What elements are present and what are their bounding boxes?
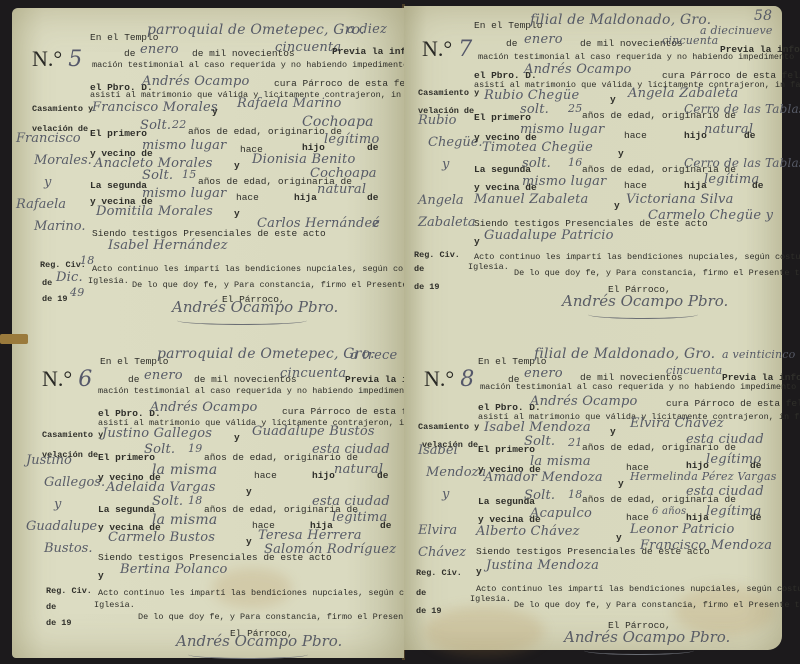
groom-status: solt. [520,102,549,117]
groom-origin: Cerro de las Tablas [684,102,800,116]
right-page: 58 N.°7 En el Templo filial de Maldonado… [404,6,782,650]
acto-text: Acto continuo les impartí las bendicione… [476,584,800,594]
bride-residence: la misma [152,512,217,528]
hace-label: hace [236,192,259,203]
entry-8: N.°8 En el Templo filial de Maldonado, G… [404,336,782,661]
margin-line: Francisco [16,128,92,150]
bride-name: Angela Zabaleta [628,86,739,101]
groom-name: Justino Gallegos [102,426,212,441]
bride-parent-2: Teresa Herrera [258,528,362,543]
month-value: enero [140,42,179,57]
margin-line: Guadalupe [26,516,105,538]
y-connector: y [618,148,624,159]
bride-filiation: natural [317,182,366,197]
de-label: de [128,374,139,385]
hijo-label: hijo [312,470,335,481]
groom-parent-2: Dionisia Benito [252,152,355,167]
margin-line: Isabel [418,440,486,462]
de-label: de [42,278,52,288]
number-label: N.° [42,366,72,391]
entry-7: N.°7 En el Templo filial de Maldonado, G… [404,6,782,331]
bride-name: Rafaela Marino [237,96,342,111]
margin-line: Rubio [418,110,483,132]
margin-line: Justino [26,450,105,472]
groom-origin: esta ciudad [686,432,764,447]
bride-status: Solt. [142,168,173,183]
margin-line: Morales. [34,150,92,172]
de-label: de [124,48,135,59]
segunda-label: La segunda [98,504,155,515]
priest-signature: Andrés Ocampo Pbro. [564,628,730,646]
acto-text: Acto continuo les impartí las bendicione… [474,252,800,262]
hace-label: hace [254,470,277,481]
witness-connector: é [372,216,380,231]
iglesia-text: Iglesia. [94,600,135,610]
de-end-label: de [377,470,388,481]
day-value: a veinticinco [722,348,795,361]
bride-age: 16 [568,156,582,169]
groom-name: Isabel Mendoza [484,420,591,435]
groom-origin: esta ciudad [312,442,390,457]
iglesia-text: Iglesia. [468,262,509,272]
bride-parent-2: Leonor Patricio [630,522,734,537]
witness-1: Salomón Rodríguez [264,542,396,557]
witness-1: Carlos Hernández [257,216,380,231]
macion-text: mación testimonial al caso requerida y n… [478,52,800,62]
witness-2: Bertina Polanco [120,562,228,577]
groom-parent-1: Timotea Chegüe [482,140,593,155]
bride-age: 15 [182,168,196,181]
iglesia-text: Iglesia. [470,594,511,604]
y-connector: y [610,94,616,105]
groom-parent-2: Hermelinda Pérez Vargas [630,470,777,483]
margin-line: Rafaela [16,194,92,216]
groom-status: Solt. [524,434,555,449]
number-label: N.° [32,46,62,71]
groom-status: Solt. [144,442,175,457]
entry-number: N.°6 [42,366,92,392]
priest-signature: Andrés Ocampo Pbro. [562,292,728,310]
y-connector: y [616,532,622,543]
groom-parent-1: Adelaida Vargas [106,480,216,495]
reg-civ-label: Reg. Civ. [416,568,462,578]
de-label: de [46,602,56,612]
bride-origin: esta ciudad [686,484,764,499]
year-word-value: cincuenta [666,364,722,377]
y-connector: y [610,426,616,437]
priest-signature: Andrés Ocampo Pbro. [176,632,342,650]
groom-age: 22 [172,118,186,131]
witness-2: Isabel Hernández [108,238,228,253]
reg-year-value: 49 [70,286,84,299]
groom-status: Solt. [140,118,171,133]
bride-origin: Cochoapa [310,166,377,181]
groom-parent-1: Amador Mendoza [484,470,603,485]
margin-names: Francisco Morales. y Rafaela Marino. [16,128,92,238]
entry-number-value: 7 [458,37,472,62]
margin-names: Justino Gallegos. y Guadalupe Bustos. [26,450,105,560]
de19-label: de 19 [416,606,442,616]
number-label: N.° [422,36,452,61]
margin-line: Angela [418,190,483,212]
bride-status: solt. [522,156,551,171]
iglesia-text: Iglesia. [88,276,129,286]
groom-residence: la misma [530,454,591,469]
bride-residence: mismo lugar [142,186,226,201]
macion-text: mación testimonial al caso requerida y n… [480,382,800,392]
day-value: a diez [347,22,387,37]
hace-label: hace [624,130,647,141]
groom-name: Francisco Morales [92,100,218,115]
groom-age: 19 [188,442,202,455]
bride-parent-2: Victoriana Silva [626,192,734,207]
bride-residence: mismo lugar [522,174,606,189]
entry-6: N.°6 En el Templo parroquial de Ometepec… [12,338,404,663]
temple-value: parroquial de Ometepec, Gro. [157,346,375,362]
year-word-value: cincuenta [662,34,718,47]
bride-parent-1: Domitila Morales [96,204,213,219]
cura-label: cura Párroco de esta feligresía [666,398,800,409]
hace-label: hace [624,180,647,191]
priest-value: Andrés Ocampo [530,394,638,409]
entry-number-value: 5 [68,47,82,72]
de-label: de [414,264,424,274]
witness-2: Justina Mendoza [486,558,599,573]
groom-age: 25 [568,102,582,115]
month-value: enero [144,368,183,383]
bride-status: Solt. [524,488,555,503]
casamiento-label: Casamiento y [32,104,93,114]
priest-signature: Andrés Ocampo Pbro. [172,298,338,316]
de19-label: de 19 [46,618,72,628]
groom-origin: Cochoapa [302,114,374,130]
witness-2: Guadalupe Patricio [484,228,614,243]
y-connector: y [614,200,620,211]
doyfe-text: De lo que doy fe, y Para constancia, fir… [514,268,800,278]
segunda-label: La segunda [90,180,147,191]
bride-parent-1: Alberto Chávez [476,524,580,539]
hija-label: hija [294,192,317,203]
temple-value: filial de Maldonado, Gro. [530,12,711,28]
casamiento-label: Casamiento y [418,88,479,98]
bride-age: 18 [568,488,582,501]
margin-line: Zabaleta [418,212,483,234]
entry-number: N.°5 [32,46,82,72]
y-connector: y [234,432,240,443]
de19-label: de 19 [42,294,68,304]
doyfe-text: De lo que doy fe, y Para constancia, fir… [514,600,800,610]
priest-value: Andrés Ocampo [150,400,258,415]
entry-number-value: 6 [78,367,92,392]
entry-5: N.°5 En el Templo parroquial de Ometepec… [12,8,404,333]
reg-civ-label: Reg. Civ. [46,586,92,596]
de19-label: de 19 [414,282,440,292]
signature-flourish [188,650,308,659]
de-end-label: de [367,142,378,153]
left-page: N.°5 En el Templo parroquial de Ometepec… [12,8,404,658]
de-label: de [416,588,426,598]
margin-line: y [44,172,92,194]
signature-flourish [588,310,698,319]
margin-names: Rubio Chegüe. y Angela Zabaleta [418,110,483,234]
bookmark-ribbon [0,334,28,344]
de-end-label: de [750,512,761,523]
y-connector: y [474,236,480,247]
de-end-label: de [380,520,391,531]
primero-label: El primero [90,128,147,139]
witness-1: Francisco Mendoza [640,538,772,553]
groom-residence: mismo lugar [142,138,226,153]
y-connector: y [246,536,252,547]
month-value: enero [524,366,563,381]
reg-civ-label: Reg. Civ. [414,250,460,260]
bride-residence-time: 6 años [652,506,686,517]
y-connector: y [234,208,240,219]
y-connector: y [618,478,624,489]
y-connector: y [476,566,482,577]
groom-residence: la misma [152,462,217,478]
bride-age: 18 [188,494,202,507]
de-end-label: de [367,192,378,203]
bride-parent-1: Carmelo Bustos [108,530,215,545]
groom-residence: mismo lugar [520,122,604,137]
de-end-label: de [752,180,763,191]
signature-flourish [584,646,694,655]
bride-origin: esta ciudad [312,494,390,509]
margin-line: Marino. [34,216,92,238]
margin-line: Bustos. [44,538,105,560]
temple-value: parroquial de Ometepec, Gro. [147,22,365,38]
entry-number-value: 8 [460,367,474,392]
signature-flourish [177,316,307,325]
month-value: enero [524,32,563,47]
bride-origin: Cerro de las Tablas [684,156,800,170]
bride-name: Elvira Chávez [630,416,724,431]
bride-status: Solt. [152,494,183,509]
reg-de-value: Dic. [56,270,83,285]
groom-name: Rubio Chegüe [484,88,579,103]
entry-number: N.°8 [424,366,474,392]
bride-parent-1: Manuel Zabaleta [474,192,588,207]
casamiento-label: Casamiento y [418,422,479,432]
number-label: N.° [424,366,454,391]
y-connector: y [212,106,218,117]
y-connector: y [234,160,240,171]
day-value: a trece [350,348,397,363]
priest-value: Andrés Ocampo [142,74,250,89]
groom-filiation: natural [334,462,383,477]
bride-residence: Acapulco [530,506,592,521]
temple-value: filial de Maldonado, Gro. [534,346,715,362]
entry-number: N.°7 [422,36,472,62]
bride-name: Guadalupe Bustos [252,424,375,439]
groom-age: 21 [568,436,582,449]
y-connector: y [98,570,104,581]
de-label: de [506,38,517,49]
year-word-value: cincuenta [280,366,346,381]
casamiento-label: Casamiento y [42,430,103,440]
priest-value: Andrés Ocampo [524,62,632,77]
witness-1: Carmelo Chegüe y [648,208,773,223]
margin-line: Gallegos. [44,472,105,494]
de-end-label: de [744,130,755,141]
y-connector: y [246,486,252,497]
